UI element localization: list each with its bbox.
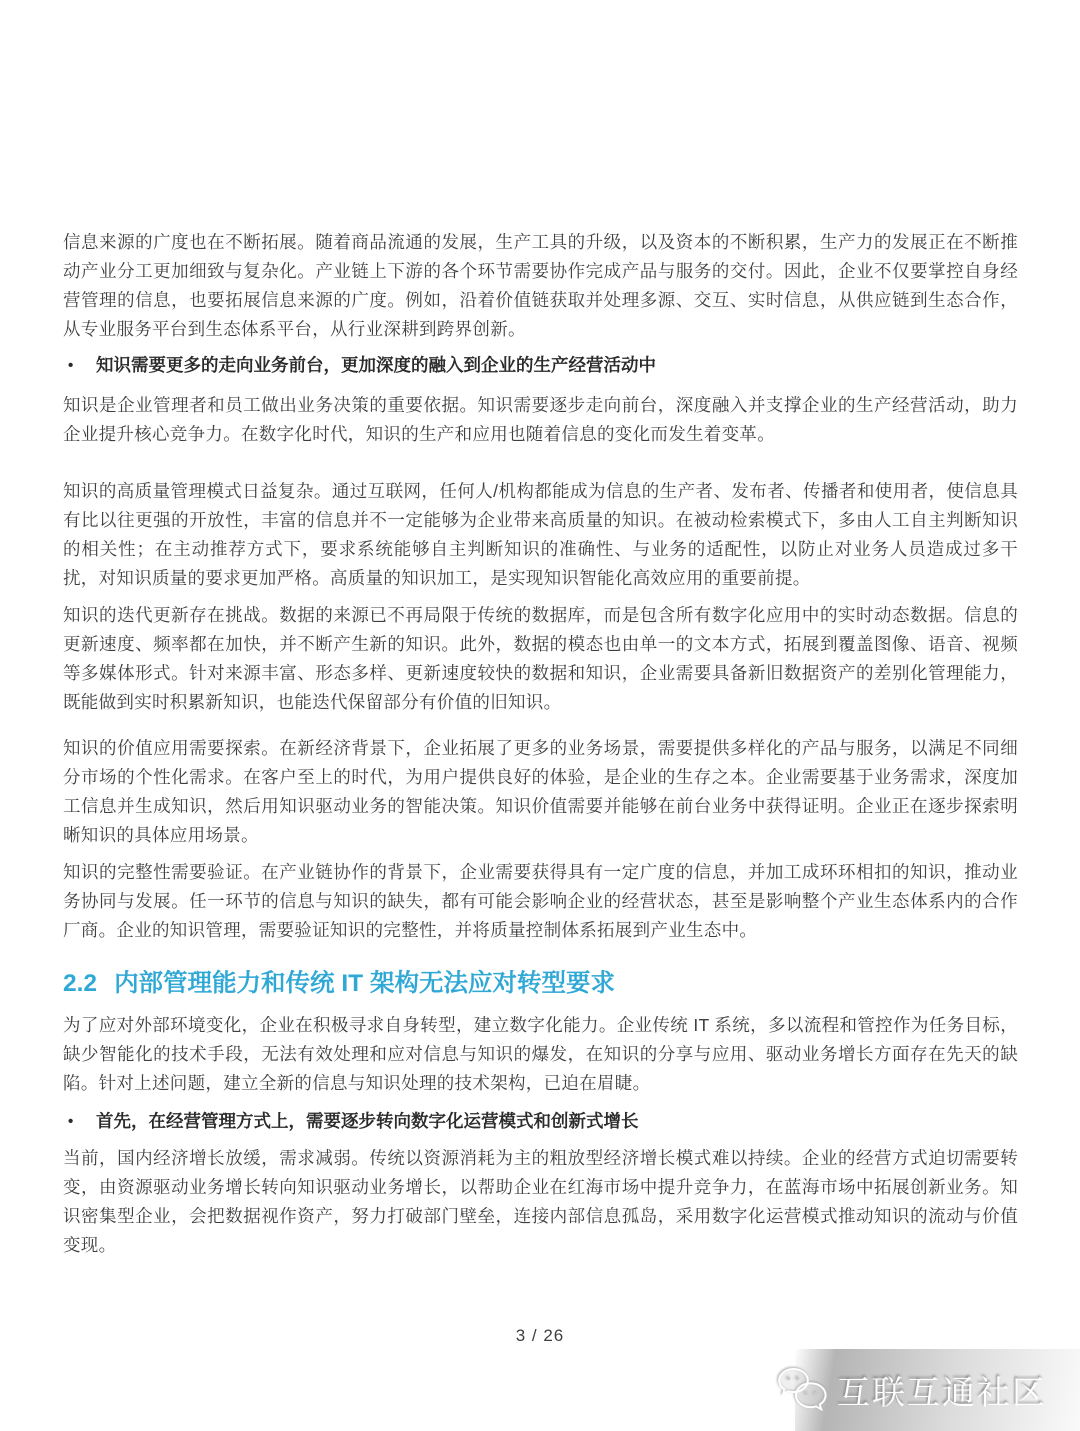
paragraph-iteration-update: 知识的迭代更新存在挑战。数据的来源已不再局限于传统的数据库，而是包含所有数字化应… bbox=[63, 601, 1018, 717]
page-content: 信息来源的广度也在不断拓展。随着商品流通的发展，生产工具的升级，以及资本的不断积… bbox=[63, 228, 1018, 1260]
paragraph-knowledge-front: 知识是企业管理者和员工做出业务决策的重要依据。知识需要逐步走向前台，深度融入并支… bbox=[63, 391, 1018, 449]
paragraph-info-sources: 信息来源的广度也在不断拓展。随着商品流通的发展，生产工具的升级，以及资本的不断积… bbox=[63, 228, 1018, 344]
bullet-heading-text: 首先，在经营管理方式上，需要逐步转向数字化运营模式和创新式增长 bbox=[96, 1107, 1018, 1136]
bullet-icon: • bbox=[63, 1107, 96, 1136]
section-heading-2-2: 2.2 内部管理能力和传统 IT 架构无法应对转型要求 bbox=[63, 967, 1018, 1000]
bullet-heading-knowledge-front: • 知识需要更多的走向业务前台，更加深度的融入到企业的生产经营活动中 bbox=[63, 351, 1018, 380]
bullet-heading-digital-operation: • 首先，在经营管理方式上，需要逐步转向数字化运营模式和创新式增长 bbox=[63, 1107, 1018, 1136]
bullet-icon: • bbox=[63, 351, 96, 380]
section-number: 2.2 bbox=[63, 967, 97, 1000]
page-number: 3 / 26 bbox=[0, 1326, 1080, 1346]
watermark: 互联互通社区 bbox=[776, 1366, 1047, 1414]
wechat-icon bbox=[776, 1366, 828, 1414]
paragraph-quality-management: 知识的高质量管理模式日益复杂。通过互联网，任何人/机构都能成为信息的生产者、发布… bbox=[63, 477, 1018, 593]
paragraph-section-intro: 为了应对外部环境变化，企业在积极寻求自身转型，建立数字化能力。企业传统 IT 系… bbox=[63, 1011, 1018, 1098]
watermark-text: 互联互通社区 bbox=[837, 1367, 1047, 1414]
paragraph-integrity-verification: 知识的完整性需要验证。在产业链协作的背景下，企业需要获得具有一定广度的信息，并加… bbox=[63, 858, 1018, 945]
bullet-heading-text: 知识需要更多的走向业务前台，更加深度的融入到企业的生产经营活动中 bbox=[96, 351, 1018, 380]
paragraph-value-application: 知识的价值应用需要探索。在新经济背景下，企业拓展了更多的业务场景，需要提供多样化… bbox=[63, 734, 1018, 850]
paragraph-economy-shift: 当前，国内经济增长放缓，需求减弱。传统以资源消耗为主的粗放型经济增长模式难以持续… bbox=[63, 1144, 1018, 1260]
section-title: 内部管理能力和传统 IT 架构无法应对转型要求 bbox=[114, 967, 615, 1000]
